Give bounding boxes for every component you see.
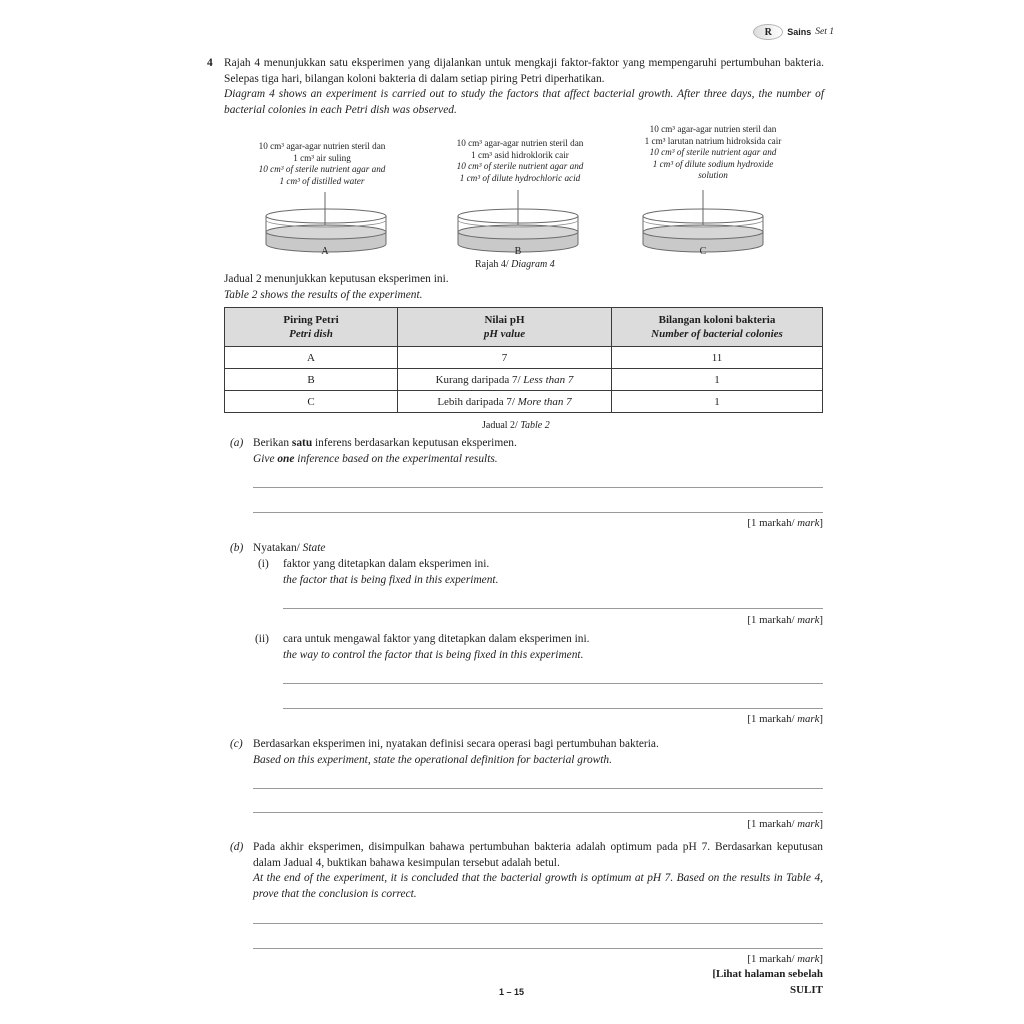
part-b-i-question: faktor yang ditetapkan dalam eksperimen … bbox=[283, 557, 823, 588]
diagram-caption-en: Diagram 4 bbox=[511, 259, 555, 270]
part-d-label: (d) bbox=[230, 840, 243, 856]
mark-d: [1 markah/ mark] bbox=[747, 953, 823, 965]
part-b-label: (b) bbox=[230, 541, 243, 557]
part-c-en: Based on this experiment, state the oper… bbox=[253, 753, 823, 769]
table-row: B Kurang daripada 7/ Less than 7 1 bbox=[225, 369, 823, 391]
part-b-ii-question: cara untuk mengawal faktor yang ditetapk… bbox=[283, 632, 823, 663]
header-ms: Piring Petri bbox=[225, 313, 397, 327]
header-colonies: Bilangan koloni bakteria Number of bacte… bbox=[612, 308, 823, 347]
answer-line-c2[interactable] bbox=[253, 812, 823, 813]
part-b-ii-ms: cara untuk mengawal faktor yang ditetapk… bbox=[283, 632, 823, 648]
answer-line-c1[interactable] bbox=[253, 788, 823, 789]
mark-ms: [1 markah/ bbox=[747, 818, 794, 830]
part-b-i-en: the factor that is being fixed in this e… bbox=[283, 573, 823, 589]
petri-dish-diagram bbox=[0, 0, 1024, 270]
dish-letter-a: A bbox=[315, 246, 335, 257]
ph-ms: Lebih daripada 7/ bbox=[437, 396, 515, 408]
header-ph-value: Nilai pH pH value bbox=[398, 308, 612, 347]
part-c-ms: Berdasarkan eksperimen ini, nyatakan def… bbox=[253, 737, 823, 753]
part-b-ii-en: the way to control the factor that is be… bbox=[283, 648, 823, 664]
header-petri-dish: Piring Petri Petri dish bbox=[225, 308, 398, 347]
mark-c: [1 markah/ mark] bbox=[747, 818, 823, 830]
ph-en: Less than 7 bbox=[523, 374, 573, 386]
dish-letter-c: C bbox=[693, 246, 713, 257]
mark-b-i: [1 markah/ mark] bbox=[747, 614, 823, 626]
text: inference based on the experimental resu… bbox=[294, 453, 497, 465]
dish-letter-b: B bbox=[508, 246, 528, 257]
header-en: Number of bacterial colonies bbox=[612, 327, 822, 341]
mark-en: mark bbox=[797, 953, 819, 965]
table-caption-ms: Jadual 2/ bbox=[482, 420, 518, 431]
cell-colonies: 1 bbox=[612, 369, 823, 391]
answer-line-b-i[interactable] bbox=[283, 608, 823, 609]
answer-line-d1[interactable] bbox=[253, 923, 823, 924]
cell-dish: C bbox=[225, 391, 398, 413]
mark-close: ] bbox=[819, 517, 823, 529]
emphasis: satu bbox=[292, 437, 312, 449]
header-ms: Bilangan koloni bakteria bbox=[612, 313, 822, 327]
cell-dish: B bbox=[225, 369, 398, 391]
part-b-i-label: (i) bbox=[258, 557, 269, 573]
table-intro: Jadual 2 menunjukkan keputusan eksperime… bbox=[224, 272, 449, 303]
part-c-question: Berdasarkan eksperimen ini, nyatakan def… bbox=[253, 737, 823, 768]
mark-close: ] bbox=[819, 713, 823, 725]
emphasis: one bbox=[277, 453, 294, 465]
mark-a: [1 markah/ mark] bbox=[747, 517, 823, 529]
part-d-ms: Pada akhir eksperimen, disimpulkan bahaw… bbox=[253, 840, 823, 871]
text: inferens berdasarkan keputusan eksperime… bbox=[312, 437, 517, 449]
header-en: Petri dish bbox=[225, 327, 397, 341]
results-table: Piring Petri Petri dish Nilai pH pH valu… bbox=[224, 307, 823, 413]
part-a-question: Berikan satu inferens berdasarkan keputu… bbox=[253, 436, 823, 467]
table-header-row: Piring Petri Petri dish Nilai pH pH valu… bbox=[225, 308, 823, 347]
mark-ms: [1 markah/ bbox=[747, 614, 794, 626]
mark-ms: [1 markah/ bbox=[747, 953, 794, 965]
classification-label: SULIT bbox=[790, 984, 823, 996]
ph-en: More than 7 bbox=[518, 396, 572, 408]
part-c-label: (c) bbox=[230, 737, 243, 753]
ph-ms: Kurang daripada 7/ bbox=[436, 374, 521, 386]
part-b-ms: Nyatakan/ bbox=[253, 542, 300, 554]
table-intro-en: Table 2 shows the results of the experim… bbox=[224, 288, 449, 304]
mark-b-ii: [1 markah/ mark] bbox=[747, 713, 823, 725]
part-a-label: (a) bbox=[230, 436, 243, 452]
mark-close: ] bbox=[819, 614, 823, 626]
part-d-question: Pada akhir eksperimen, disimpulkan bahaw… bbox=[253, 840, 823, 902]
cell-ph: Lebih daripada 7/ More than 7 bbox=[398, 391, 612, 413]
table-row: C Lebih daripada 7/ More than 7 1 bbox=[225, 391, 823, 413]
mark-en: mark bbox=[797, 818, 819, 830]
part-d-en: At the end of the experiment, it is conc… bbox=[253, 871, 823, 902]
mark-close: ] bbox=[819, 818, 823, 830]
table-row: A 7 11 bbox=[225, 347, 823, 369]
part-a-ms: Berikan satu inferens berdasarkan keputu… bbox=[253, 436, 823, 452]
mark-en: mark bbox=[797, 517, 819, 529]
answer-line-d2[interactable] bbox=[253, 948, 823, 949]
answer-line-b-ii-1[interactable] bbox=[283, 683, 823, 684]
part-b-question: Nyatakan/ State bbox=[253, 541, 325, 557]
answer-line-a2[interactable] bbox=[253, 512, 823, 513]
mark-en: mark bbox=[797, 614, 819, 626]
header-ms: Nilai pH bbox=[398, 313, 611, 327]
header-en: pH value bbox=[398, 327, 611, 341]
answer-line-b-ii-2[interactable] bbox=[283, 708, 823, 709]
cell-ph: 7 bbox=[398, 347, 612, 369]
part-a-en: Give one inference based on the experime… bbox=[253, 452, 823, 468]
mark-ms: [1 markah/ bbox=[747, 517, 794, 529]
text: Berikan bbox=[253, 437, 292, 449]
cell-ph: Kurang daripada 7/ Less than 7 bbox=[398, 369, 612, 391]
text: Give bbox=[253, 453, 277, 465]
answer-line-a1[interactable] bbox=[253, 487, 823, 488]
table-caption-en: Table 2 bbox=[520, 420, 549, 431]
part-b-i-ms: faktor yang ditetapkan dalam eksperimen … bbox=[283, 557, 823, 573]
cell-colonies: 11 bbox=[612, 347, 823, 369]
mark-en: mark bbox=[797, 713, 819, 725]
table-intro-ms: Jadual 2 menunjukkan keputusan eksperime… bbox=[224, 272, 449, 288]
diagram-caption: Rajah 4/ Diagram 4 bbox=[475, 259, 555, 270]
cell-dish: A bbox=[225, 347, 398, 369]
part-b-ii-label: (ii) bbox=[255, 632, 269, 648]
page-number: 1 – 15 bbox=[499, 987, 524, 997]
mark-close: ] bbox=[819, 953, 823, 965]
mark-ms: [1 markah/ bbox=[747, 713, 794, 725]
ph-ms: 7 bbox=[502, 352, 508, 364]
cell-colonies: 1 bbox=[612, 391, 823, 413]
part-b-en: State bbox=[303, 542, 326, 554]
next-page-note: [Lihat halaman sebelah bbox=[712, 968, 823, 980]
table-caption: Jadual 2/ Table 2 bbox=[482, 420, 550, 431]
diagram-caption-ms: Rajah 4/ bbox=[475, 259, 509, 270]
